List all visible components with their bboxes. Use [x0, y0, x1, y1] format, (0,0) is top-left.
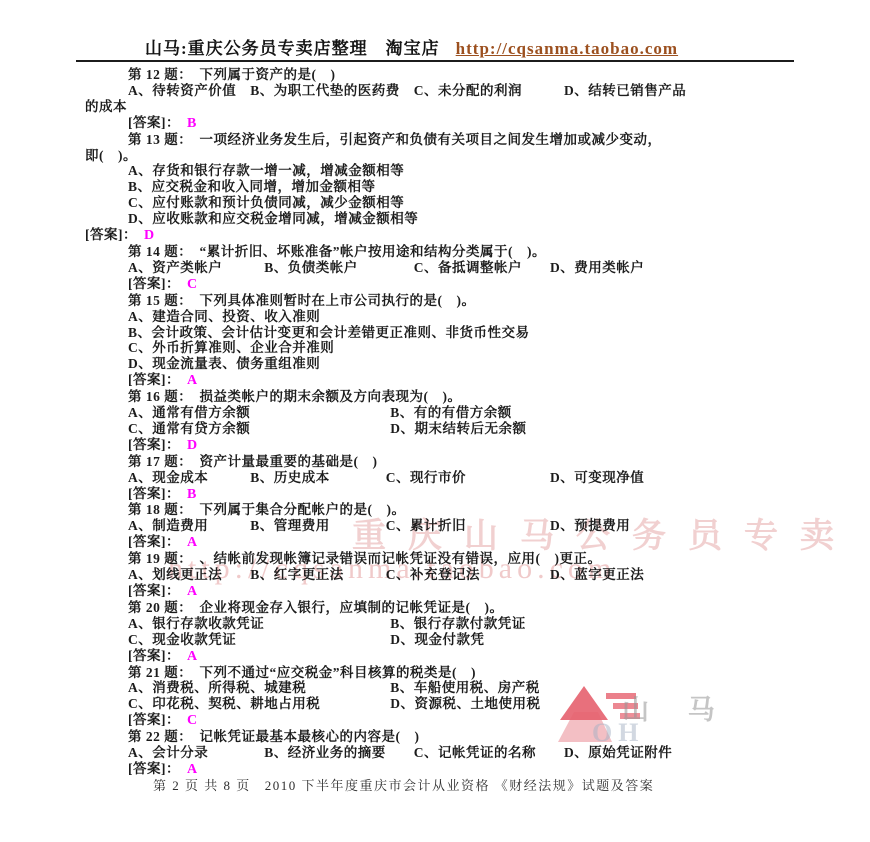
question-line: 第 20 题： 企业将现金存入银行，应填制的记帐凭证是( )。 [85, 600, 795, 616]
answer-value: D [137, 228, 155, 243]
answer-label: [答案]： [128, 648, 180, 663]
question-list: 第 12 题： 下列属于资产的是( )A、待转资产价值 B、为职工代垫的医药费 … [85, 67, 795, 778]
answer-value: C [180, 713, 198, 728]
answer-line: [答案]：A [85, 648, 795, 665]
option-line: C、外币折算准则、企业合并准则 [85, 340, 795, 356]
option-line: A、建造合同、投资、收入准则 [85, 309, 795, 325]
answer-value: A [180, 584, 198, 599]
question-line: 第 22 题： 记帐凭证最基本最核心的内容是( ) [85, 729, 795, 745]
option-line: D、现金流量表、债务重组准则 [85, 356, 795, 372]
question-line: 第 15 题： 下列具体准则暂时在上市公司执行的是( )。 [85, 293, 795, 309]
question-line: 第 16 题： 损益类帐户的期末余额及方向表现为( )。 [85, 389, 795, 405]
option-line: C、应付账款和预计负债同减，减少金额相等 [85, 195, 795, 211]
page-footer: 第 2 页 共 8 页2010 下半年度重庆市会计从业资格 《财经法规》试题及答… [153, 775, 654, 794]
answer-line: [答案]：A [85, 372, 795, 389]
option-line: A、资产类帐户 B、负债类帐户 C、备抵调整帐户 D、费用类帐户 [85, 260, 795, 276]
answer-line: [答案]：D [85, 437, 795, 454]
answer-line: [答案]：C [85, 276, 795, 293]
answer-label: [答案]： [128, 372, 180, 387]
answer-label: [答案]： [128, 486, 180, 501]
answer-label: [答案]： [128, 276, 180, 291]
answer-value: A [180, 649, 198, 664]
document-page: 山马:重庆公务员专卖店整理淘宝店http://cqsanma.taobao.co… [0, 0, 870, 842]
option-line: A、待转资产价值 B、为职工代垫的医药费 C、未分配的利润 D、结转已销售产品 [85, 83, 795, 99]
option-line: B、应交税金和收入同增，增加金额相等 [85, 179, 795, 195]
option-line: A、划线更正法 B、红字更正法 C、补充登记法 D、蓝字更正法 [85, 567, 795, 583]
option-line: D、应收账款和应交税金增同减，增减金额相等 [85, 211, 795, 227]
question-line: 即( )。 [85, 148, 795, 164]
store-title: 山马:重庆公务员专卖店整理 [145, 39, 368, 58]
shop-label: 淘宝店 [386, 39, 440, 58]
question-line: 第 18 题： 下列属于集合分配帐户的是( )。 [85, 502, 795, 518]
footer-page-info: 第 2 页 共 8 页 [153, 778, 251, 793]
option-line: A、存货和银行存款一增一减，增减金额相等 [85, 163, 795, 179]
option-line: C、现金收款凭证 D、现金付款凭 [85, 632, 795, 648]
option-line: A、制造费用 B、管理费用 C、累计折旧 D、预提费用 [85, 518, 795, 534]
header-divider [76, 60, 794, 62]
answer-line: [答案]：A [85, 534, 795, 551]
answer-label: [答案]： [128, 115, 180, 130]
answer-label: [答案]： [128, 437, 180, 452]
answer-label: [答案]： [128, 583, 180, 598]
answer-label: [答案]： [85, 227, 137, 242]
answer-value: B [180, 116, 197, 131]
footer-doc-title: 2010 下半年度重庆市会计从业资格 《财经法规》试题及答案 [265, 778, 655, 793]
answer-value: A [180, 535, 198, 550]
question-line: 第 17 题： 资产计量最重要的基础是( ) [85, 454, 795, 470]
header-link[interactable]: http://cqsanma.taobao.com [456, 39, 678, 58]
option-line: A、会计分录 B、经济业务的摘要 C、记帐凭证的名称 D、原始凭证附件 [85, 745, 795, 761]
answer-label: [答案]： [128, 761, 180, 776]
option-line: A、消费税、所得税、城建税 B、车船使用税、房产税 [85, 680, 795, 696]
answer-value: C [180, 277, 198, 292]
option-line: A、现金成本 B、历史成本 C、现行市价 D、可变现净值 [85, 470, 795, 486]
answer-line: [答案]：C [85, 712, 795, 729]
option-line: C、通常有贷方余额 D、期末结转后无余额 [85, 421, 795, 437]
option-line: 的成本 [85, 99, 795, 115]
question-line: 第 12 题： 下列属于资产的是( ) [85, 67, 795, 83]
question-line: 第 21 题： 下列不通过“应交税金”科目核算的税类是( ) [85, 665, 795, 681]
answer-label: [答案]： [128, 712, 180, 727]
page-header: 山马:重庆公务员专卖店整理淘宝店http://cqsanma.taobao.co… [145, 34, 678, 59]
question-line: 第 19 题： 、结帐前发现帐簿记录错误而记帐凭证没有错误，应用( )更正。 [85, 551, 795, 567]
option-line: A、银行存款收款凭证 B、银行存款付款凭证 [85, 616, 795, 632]
answer-label: [答案]： [128, 534, 180, 549]
answer-value: D [180, 438, 198, 453]
question-line: 第 14 题： “累计折旧、坏账准备”帐户按用途和结构分类属于( )。 [85, 244, 795, 260]
answer-value: A [180, 373, 198, 388]
option-line: C、印花税、契税、耕地占用税 D、资源税、土地使用税 [85, 696, 795, 712]
question-line: 第 13 题： 一项经济业务发生后，引起资产和负债有关项目之间发生增加或减少变动… [85, 132, 795, 148]
answer-value: B [180, 487, 197, 502]
answer-line: [答案]：A [85, 583, 795, 600]
option-line: B、会计政策、会计估计变更和会计差错更正准则、非货币性交易 [85, 325, 795, 341]
answer-line: [答案]：B [85, 115, 795, 132]
answer-line: [答案]：B [85, 486, 795, 503]
option-line: A、通常有借方余额 B、有的有借方余额 [85, 405, 795, 421]
answer-line: [答案]：D [85, 227, 795, 244]
